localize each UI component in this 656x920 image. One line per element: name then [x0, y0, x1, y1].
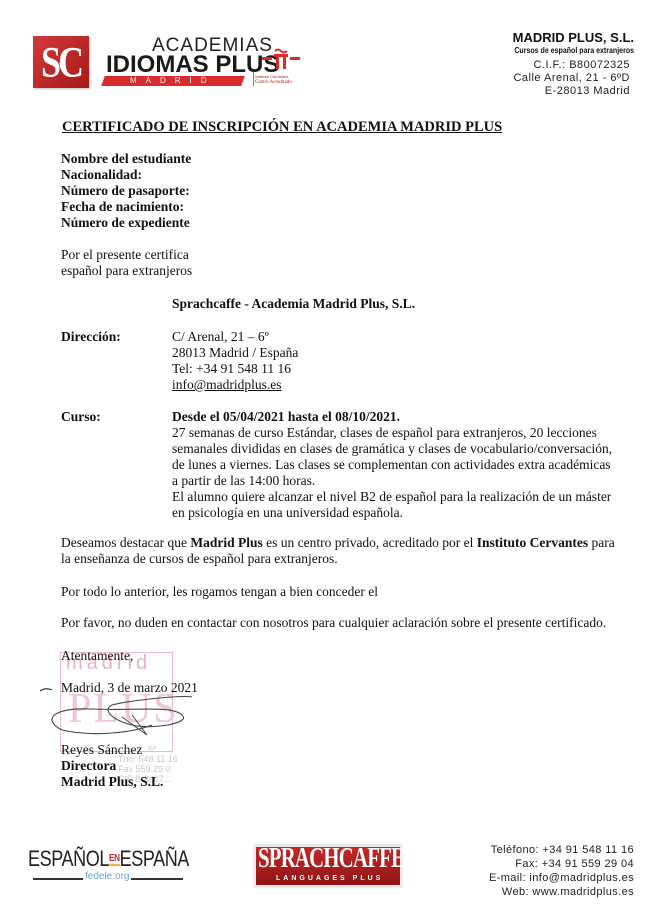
direccion-phone: Tel: +34 91 548 11 16 — [172, 361, 298, 377]
curso-line: 27 semanas de curso Estándar, clases de … — [172, 425, 622, 441]
sc-monogram: SC — [41, 37, 81, 87]
cervantes-label: Instituto Cervantes — [255, 74, 288, 79]
destacar-cervantes: Instituto Cervantes — [477, 535, 588, 550]
footer-email[interactable]: E-mail: info@madridplus.es — [489, 872, 634, 884]
curso-line: El alumno quiere alcanzar el nivel B2 de… — [172, 489, 622, 505]
destacar-text: para — [588, 535, 615, 550]
signer-company: Madrid Plus, S.L. — [61, 774, 163, 790]
logo-madrid-text: MADRID — [130, 76, 240, 86]
curso-block: Desde el 05/04/2021 hasta el 08/10/2021.… — [172, 409, 622, 521]
curso-dates: Desde el 05/04/2021 hasta el 08/10/2021. — [172, 409, 622, 425]
ee-en: EN — [109, 854, 120, 866]
rogamos-paragraph: Por todo lo anterior, les rogamos tengan… — [61, 584, 621, 600]
direccion-city: 28013 Madrid / España — [172, 345, 298, 361]
destacar-paragraph: Deseamos destacar que Madrid Plus es un … — [61, 535, 621, 567]
company-name: MADRID PLUS, S.L. — [513, 30, 634, 45]
student-fields: Nombre del estudiante Nacionalidad: Núme… — [61, 151, 191, 231]
ee-left: ESPAÑOL — [28, 846, 109, 871]
footer-fax: Fax: +34 91 559 29 04 — [515, 858, 634, 870]
cervantes-divider — [253, 72, 254, 86]
direccion-label: Dirección: — [61, 329, 121, 345]
destacar-line-2: la enseñanza de cursos de español para e… — [61, 551, 338, 566]
sc-logo: SC — [33, 36, 89, 88]
footer-web[interactable]: Web: www.madridplus.es — [502, 886, 634, 898]
company-subtitle: Cursos de español para extranjeros — [514, 46, 634, 55]
field-expediente: Número de expediente — [61, 215, 191, 231]
destacar-madrid-plus: Madrid Plus — [190, 535, 262, 550]
signer-role: Directora — [61, 758, 116, 774]
contactar-paragraph: Por favor, no duden en contactar con nos… — [61, 615, 621, 631]
field-pasaporte: Número de pasaporte: — [61, 183, 191, 199]
ee-right: ESPAÑA — [120, 846, 189, 871]
fedele-url: fedele.org — [83, 871, 131, 882]
field-nombre: Nombre del estudiante — [61, 151, 191, 167]
cervantes-accredited: Centro Acreditado — [255, 80, 292, 85]
field-nacimiento: Fecha de nacimiento: — [61, 199, 191, 215]
curso-line: de lunes a viernes. Las clases se comple… — [172, 457, 622, 473]
company-address-1: Calle Arenal, 21 - 6ºD — [513, 72, 630, 84]
instituto-cervantes-icon — [262, 48, 300, 70]
footer-telefono: Teléfono: +34 91 548 11 16 — [491, 844, 634, 856]
document-title: CERTIFICADO DE INSCRIPCIÓN EN ACADEMIA M… — [62, 119, 502, 136]
direccion-email-link[interactable]: info@madridplus.es — [172, 377, 298, 393]
intro-line-1: Por el presente certifica — [61, 247, 192, 263]
sprachcaffe-title: SPRACHCAFFE — [258, 843, 404, 875]
school-name: Sprachcaffe - Academia Madrid Plus, S.L. — [172, 296, 415, 312]
closing-greeting: Atentamente, — [61, 648, 133, 664]
company-cif: C.I.F.: B80072325 — [533, 59, 630, 71]
sprachcaffe-subtitle: LANGUAGES PLUS — [276, 875, 383, 882]
direccion-block: C/ Arenal, 21 – 6º 28013 Madrid / España… — [172, 329, 298, 393]
direccion-street: C/ Arenal, 21 – 6º — [172, 329, 298, 345]
curso-line: semanales divididas en clases de gramáti… — [172, 441, 622, 457]
intro-line-2: español para extranjeros — [61, 263, 192, 279]
intro-paragraph: Por el presente certifica español para e… — [61, 247, 192, 279]
company-address-2: E-28013 Madrid — [545, 85, 630, 97]
curso-label: Curso: — [61, 409, 101, 425]
destacar-text: Deseamos destacar que — [61, 535, 190, 550]
espanol-en-espana-logo: ESPAÑOLENESPAÑA — [28, 846, 189, 872]
signer-name: Reyes Sánchez — [61, 742, 142, 758]
curso-line: a partir de las 14:00 horas. — [172, 473, 622, 489]
curso-line: en psicología en una universidad español… — [172, 505, 622, 521]
field-nacionalidad: Nacionalidad: — [61, 167, 191, 183]
signature-icon — [32, 685, 202, 750]
destacar-text: es un centro privado, acreditado por el — [263, 535, 477, 550]
stamp-line: Fax 559 29 0 — [118, 764, 178, 774]
